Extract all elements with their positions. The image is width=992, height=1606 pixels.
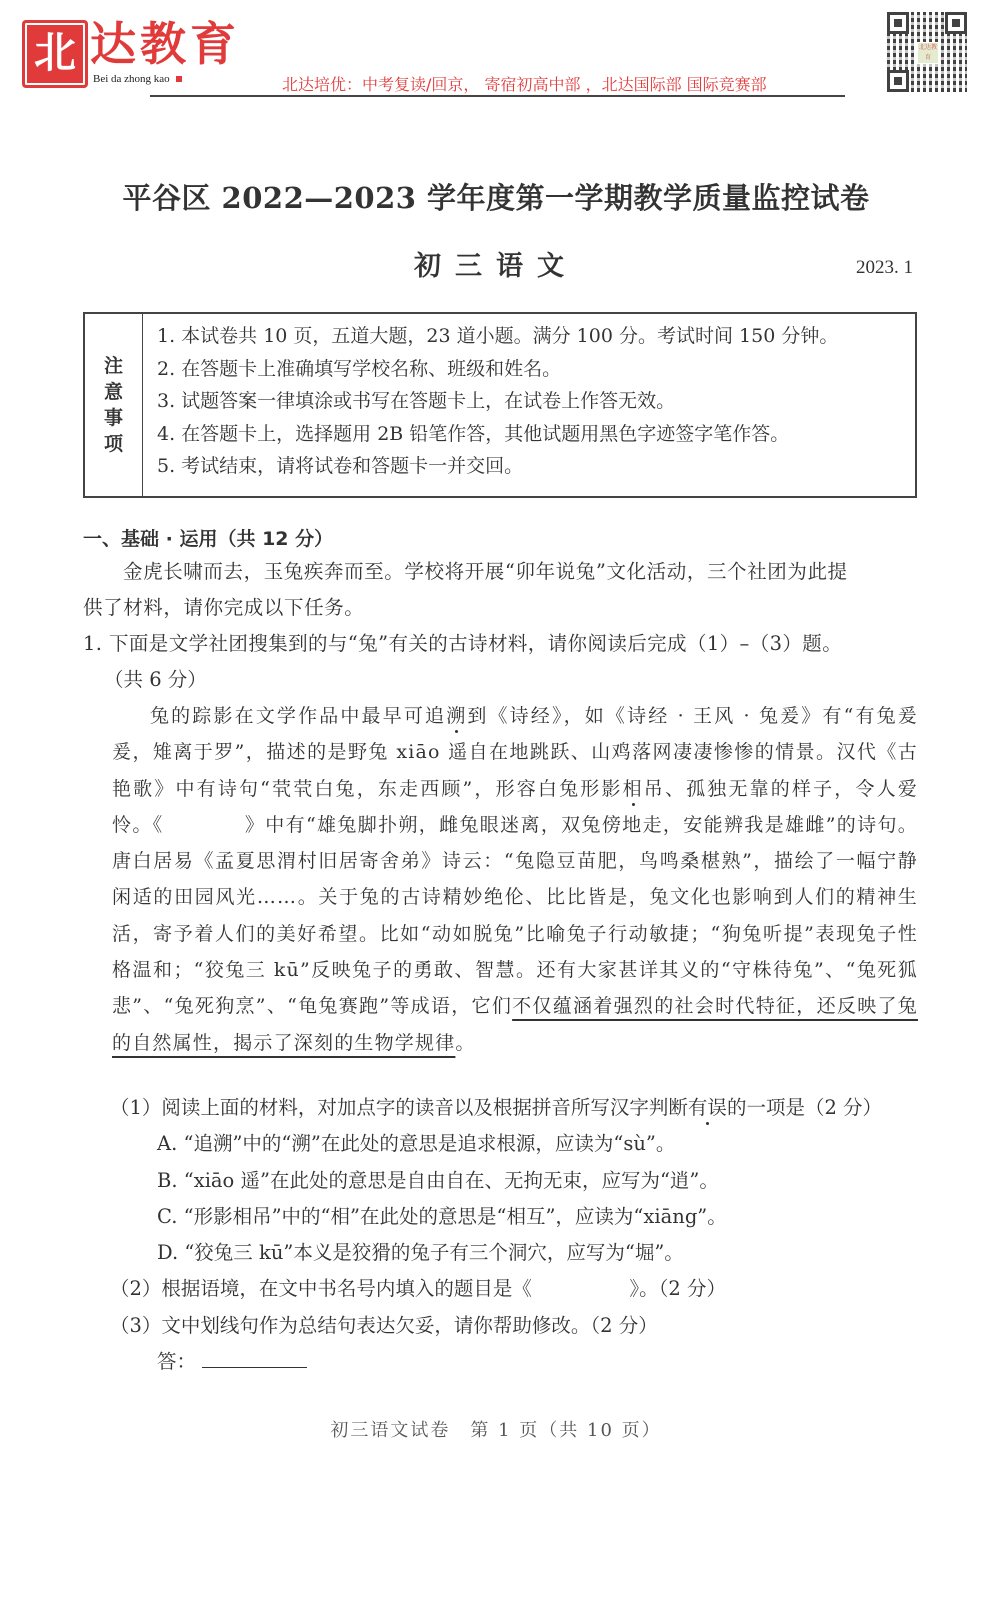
option-c: C. “形影相吊”中的“相”在此处的意思是“相互”，应读为“xiāng”。 bbox=[157, 1201, 727, 1229]
square-icon bbox=[176, 76, 182, 82]
logo-mark: 北 bbox=[22, 20, 88, 88]
notice-item: 2. 在答题卡上准确填写学校名称、班级和姓名。 bbox=[157, 353, 838, 386]
reading-passage: 兔的踪影在文学作品中最早可追溯到《诗经》，如《诗经 · 王风 · 兔爰》有“有兔… bbox=[112, 698, 918, 1061]
notice-label-char: 项 bbox=[104, 431, 123, 457]
notice-item: 1. 本试卷共 10 页，五道大题，23 道小题。满分 100 分。考试时间 1… bbox=[157, 320, 838, 353]
stem-text: （1）阅读上面的材料，对加点字的读音以及根据拼音所写汉字判断 bbox=[110, 1096, 688, 1119]
option-b: B. “xiāo 遥”在此处的意思是自由自在、无拘无束，应写为“逍”。 bbox=[157, 1165, 719, 1193]
option-d: D. “狡兔三 kū”本义是狡猾的兔子有三个洞穴，应写为“堀”。 bbox=[157, 1237, 684, 1265]
section-heading: 一、基础 · 运用（共 12 分） bbox=[83, 524, 333, 551]
dotted-chars: 有误 bbox=[688, 1096, 727, 1119]
logo-subtitle-text: Bei da zhong kao bbox=[93, 73, 170, 85]
document-title: 平谷区 2022—2023 学年度第一学期教学质量监控试卷 bbox=[0, 176, 992, 217]
question-1-points: （共 6 分） bbox=[104, 664, 207, 692]
answer-blank[interactable] bbox=[202, 1367, 307, 1368]
passage-paragraph: 兔的踪影在文学作品中最早可追溯到《诗经》，如《诗经 · 王风 · 兔爰》有“有兔… bbox=[112, 698, 918, 1061]
notice-list: 1. 本试卷共 10 页，五道大题，23 道小题。满分 100 分。考试时间 1… bbox=[157, 320, 838, 483]
qr-center-logo: 北达教育 bbox=[917, 42, 939, 64]
notice-label-char: 意 bbox=[104, 379, 123, 405]
passage-text: 。 bbox=[455, 1032, 475, 1054]
exam-date: 2023. 1 bbox=[856, 257, 913, 279]
subject-title: 初三语文 bbox=[0, 244, 992, 283]
notice-item: 4. 在答题卡上，选择题用 2B 铅笔作答，其他试题用黑色字迹签字笔作答。 bbox=[157, 418, 838, 451]
logo-subtitle: Bei da zhong kao bbox=[93, 73, 182, 85]
notice-label-char: 注 bbox=[104, 353, 123, 379]
logo-text: 达教育 bbox=[90, 16, 240, 72]
question-1-stem: 1. 下面是文学社团搜集到的与“兔”有关的古诗材料，请你阅读后完成（1）–（3）… bbox=[83, 628, 842, 656]
stem-text: 的一项是（2 分） bbox=[727, 1096, 882, 1119]
header-slogan: 北达培优：中考复读/回京， 寄宿初高中部 ，北达国际部 国际竞赛部 bbox=[282, 72, 767, 95]
page-footer: 初三语文试卷 第 1 页（共 10 页） bbox=[0, 1416, 992, 1442]
header-divider bbox=[150, 95, 845, 97]
notice-label: 注 意 事 项 bbox=[85, 314, 143, 496]
answer-line: 答： bbox=[157, 1346, 307, 1374]
option-a: A. “追溯”中的“溯”在此处的意思是追求根源，应读为“sù”。 bbox=[157, 1128, 675, 1156]
notice-item: 3. 试题答案一律填涂或书写在答题卡上，在试卷上作答无效。 bbox=[157, 385, 838, 418]
subquestion-1-stem: （1）阅读上面的材料，对加点字的读音以及根据拼音所写汉字判断有误的一项是（2 分… bbox=[110, 1092, 882, 1120]
passage-text: 兔的踪影在文学作品中最早可追 bbox=[150, 705, 446, 727]
dotted-char: 相 bbox=[623, 778, 644, 800]
passage-text: 吊、孤独无靠的样子，令人爱怜。《 》中有“雄兔脚扑朔，雌兔眼迷离，双兔傍地走，安… bbox=[112, 778, 918, 1018]
subquestion-2: （2）根据语境，在文中书名号内填入的题目是《 》。（2 分） bbox=[110, 1273, 726, 1301]
qr-code-icon: 北达教育 bbox=[887, 12, 967, 92]
subquestion-3: （3）文中划线句作为总结句表达欠妥，请你帮助修改。（2 分） bbox=[110, 1310, 658, 1338]
notice-label-char: 事 bbox=[104, 405, 123, 431]
intro-line: 供了材料，请你完成以下任务。 bbox=[83, 592, 364, 620]
notice-item: 5. 考试结束，请将试卷和答题卡一并交回。 bbox=[157, 450, 838, 483]
answer-label: 答： bbox=[157, 1350, 196, 1373]
dotted-char: 溯 bbox=[446, 705, 467, 727]
notice-box: 注 意 事 项 1. 本试卷共 10 页，五道大题，23 道小题。满分 100 … bbox=[83, 312, 917, 498]
intro-line: 金虎长啸而去，玉兔疾奔而至。学校将开展“卯年说兔”文化活动，三个社团为此提 bbox=[123, 556, 848, 584]
